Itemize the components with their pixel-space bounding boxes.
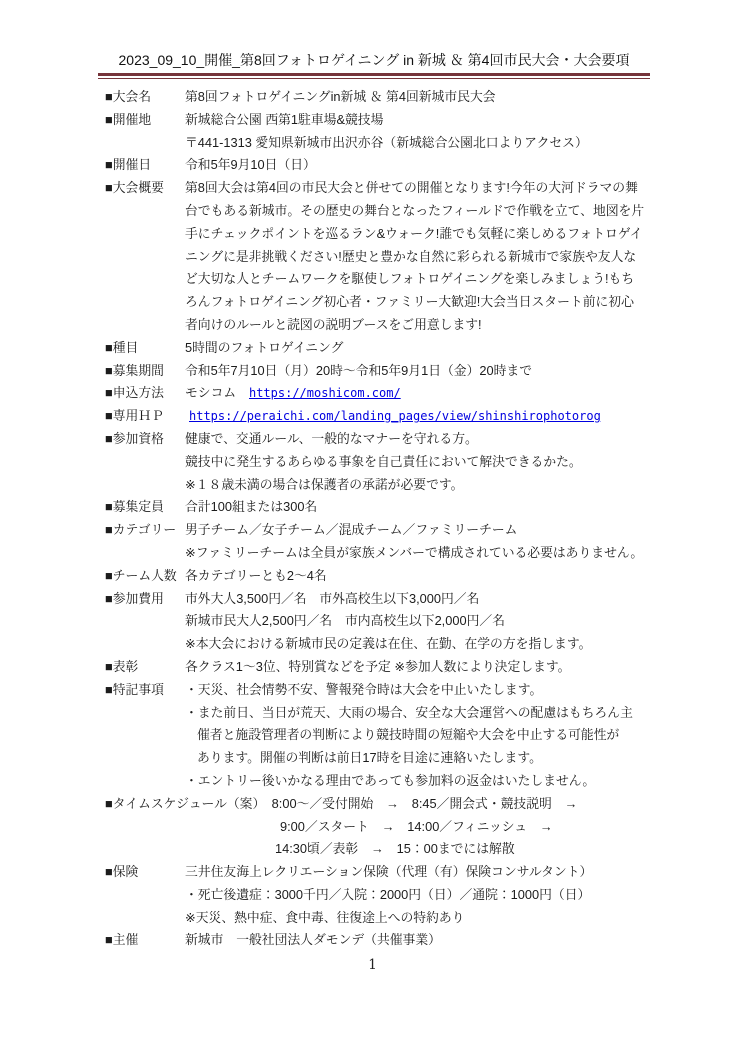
text-segment: ※ファミリーチームは全員が家族メンバーで構成されている必要はありません。 [185,545,643,560]
row-content: 合計100組または300名 [185,496,317,519]
row-label: ■主催 [105,929,185,952]
row-label [105,610,185,633]
text-segment: 〒441-1313 愛知県新城市出沢亦谷（新城総合公園北口よりアクセス） [185,135,588,150]
page-number: 1 [0,957,745,973]
text-segment: モシコム [185,385,249,400]
row-content: ■タイムスケジュール（案） 8:00～／受付開始 → 8:45／開会式・競技説明… [105,793,577,816]
doc-line: ■大会概要第8回大会は第4回の市民大会と併せての開催となります!今年の大河ドラマ… [105,177,690,200]
row-content: 市外大人3,500円／名 市外高校生以下3,000円／名 [185,588,479,611]
text-segment: 各カテゴリーとも2～4名 [185,568,327,583]
row-label: ■募集定員 [105,496,185,519]
doc-line: ・死亡後遺症：3000千円／入院：2000円（日）／通院：1000円（日） [105,884,690,907]
row-content: 9:00／スタート → 14:00／フィニッシュ → [105,816,553,839]
row-label [105,291,185,314]
text-segment: 令和5年9月10日（日） [185,157,316,172]
row-label: ■種目 [105,337,185,360]
row-label: ■募集期間 [105,360,185,383]
row-content: ニングに是非挑戦ください!歴史と豊かな自然に彩られる新城市で家族や友人な [185,246,636,269]
row-label: ■申込方法 [105,382,185,405]
row-content: 新城総合公園 西第1駐車場&競技場 [185,109,383,132]
text-segment: 各クラス1～3位、特別賞などを予定 ※参加人数により決定します。 [185,659,570,674]
doc-line: ■主催新城市 一般社団法人ダモンデ（共催事業） [105,929,690,952]
row-content: 健康で、交通ルール、一般的なマナーを守れる方。 [185,428,478,451]
doc-line: ■チーム人数各カテゴリーとも2～4名 [105,565,690,588]
row-content: 第8回フォトロゲイニングin新城 ＆ 第4回新城市民大会 [185,86,496,109]
doc-line: 催者と施設管理者の判断により競技時間の短縮や大会を中止する可能性が [105,724,690,747]
text-segment: あります。開催の判断は前日17時を目途に連絡いたします。 [197,750,542,765]
peraichi-link[interactable]: https://peraichi.com/landing_pages/view/… [189,409,601,423]
row-label [105,314,185,337]
row-content: 新城市民大人2,500円／名 市内高校生以下2,000円／名 [185,610,505,633]
row-content: 令和5年9月10日（日） [185,154,316,177]
row-label: ■表彰 [105,656,185,679]
row-content: 5時間のフォトロゲイニング [185,337,343,360]
doc-line: ■参加費用市外大人3,500円／名 市外高校生以下3,000円／名 [105,588,690,611]
doc-line: ■専用ＨＰhttps://peraichi.com/landing_pages/… [105,405,690,428]
text-segment: 男子チーム／女子チーム／混成チーム／ファミリーチーム [185,522,517,537]
row-content: ※ファミリーチームは全員が家族メンバーで構成されている必要はありません。 [185,542,643,565]
doc-line: ■開催地新城総合公園 西第1駐車場&競技場 [105,109,690,132]
row-label: ■カテゴリー [105,519,185,542]
row-content: ・天災、社会情勢不安、警報発令時は大会を中止いたします。 [185,679,542,702]
row-content: 手にチェックポイントを巡るラン&ウォーク!誰でも気軽に楽しめるフォトロゲイ [185,223,643,246]
doc-line: 14:30頃／表彰 → 15：00までには解散 [105,838,690,861]
text-segment: ろんフォトロゲイニング初心者・ファミリー大歓迎!大会当日スタート前に初心 [185,294,634,309]
document-page: 2023_09_10_開催_第8回フォトロゲイニング in 新城 ＆ 第4回市民… [0,0,745,1054]
row-label: ■専用ＨＰ [105,405,185,428]
text-segment: ・また前日、当日が荒天、大雨の場合、安全な大会運営への配慮はもちろん主 [185,705,633,720]
row-content: ※天災、熱中症、食中毒、往復途上への特約あり [185,907,464,930]
doc-line: ■特記事項・天災、社会情勢不安、警報発令時は大会を中止いたします。 [105,679,690,702]
doc-line: 〒441-1313 愛知県新城市出沢亦谷（新城総合公園北口よりアクセス） [105,132,690,155]
row-content: 催者と施設管理者の判断により競技時間の短縮や大会を中止する可能性が [185,724,619,747]
doc-line: ・エントリー後いかなる理由であっても参加料の返金はいたしません。 [105,770,690,793]
row-content: 台でもある新城市。その歴史の舞台となったフィールドで作戦を立て、地図を片 [185,200,644,223]
row-content: ど大切な人とチームワークを駆使しフォトロゲイニングを楽しみましょう!もち [185,268,634,291]
text-segment: 市外大人3,500円／名 市外高校生以下3,000円／名 [185,591,479,606]
doc-line: ■開催日令和5年9月10日（日） [105,154,690,177]
doc-line: ※１８歳未満の場合は保護者の承諾が必要です。 [105,474,690,497]
doc-line: ・また前日、当日が荒天、大雨の場合、安全な大会運営への配慮はもちろん主 [105,702,690,725]
text-segment: 三井住友海上レクリエーション保険（代理（有）保険コンサルタント） [185,864,592,879]
row-label [105,884,185,907]
doc-line: 台でもある新城市。その歴史の舞台となったフィールドで作戦を立て、地図を片 [105,200,690,223]
row-label: ■特記事項 [105,679,185,702]
text-segment: 5時間のフォトロゲイニング [185,340,343,355]
doc-line: 競技中に発生するあらゆる事象を自己責任において解決できるかた。 [105,451,690,474]
text-segment: 14:30頃／表彰 → 15：00までには解散 [275,841,515,856]
doc-line: ■タイムスケジュール（案） 8:00～／受付開始 → 8:45／開会式・競技説明… [105,793,690,816]
doc-line: ■大会名第8回フォトロゲイニングin新城 ＆ 第4回新城市民大会 [105,86,690,109]
text-segment: 者向けのルールと読図の説明ブースをご用意します! [185,317,482,332]
row-content: 〒441-1313 愛知県新城市出沢亦谷（新城総合公園北口よりアクセス） [185,132,588,155]
row-label: ■参加費用 [105,588,185,611]
doc-line: ■申込方法モシコム https://moshicom.com/ [105,382,690,405]
row-label: ■チーム人数 [105,565,185,588]
row-content: ・死亡後遺症：3000千円／入院：2000円（日）／通院：1000円（日） [185,884,590,907]
text-segment: 新城市民大人2,500円／名 市内高校生以下2,000円／名 [185,613,505,628]
text-segment: 催者と施設管理者の判断により競技時間の短縮や大会を中止する可能性が [197,727,619,742]
doc-line: ど大切な人とチームワークを駆使しフォトロゲイニングを楽しみましょう!もち [105,268,690,291]
text-segment: ニングに是非挑戦ください!歴史と豊かな自然に彩られる新城市で家族や友人な [185,249,636,264]
row-label: ■大会概要 [105,177,185,200]
row-label [105,451,185,474]
doc-line: ※本大会における新城市民の定義は在住、在勤、在学の方を指します。 [105,633,690,656]
title-block: 2023_09_10_開催_第8回フォトロゲイニング in 新城 ＆ 第4回市民… [98,50,650,79]
doc-line: ■カテゴリー男子チーム／女子チーム／混成チーム／ファミリーチーム [105,519,690,542]
text-segment: ※本大会における新城市民の定義は在住、在勤、在学の方を指します。 [185,636,591,651]
doc-line: ■表彰各クラス1～3位、特別賞などを予定 ※参加人数により決定します。 [105,656,690,679]
doc-line: ■募集定員合計100組または300名 [105,496,690,519]
text-segment: 第8回フォトロゲイニングin新城 ＆ 第4回新城市民大会 [185,89,496,104]
row-content: 新城市 一般社団法人ダモンデ（共催事業） [185,929,441,952]
text-segment: 第8回大会は第4回の市民大会と併せての開催となります!今年の大河ドラマの舞 [185,180,638,195]
doc-line: 手にチェックポイントを巡るラン&ウォーク!誰でも気軽に楽しめるフォトロゲイ [105,223,690,246]
row-content: あります。開催の判断は前日17時を目途に連絡いたします。 [185,747,542,770]
text-segment: 新城市 一般社団法人ダモンデ（共催事業） [185,932,441,947]
doc-line: ■保険三井住友海上レクリエーション保険（代理（有）保険コンサルタント） [105,861,690,884]
row-content: モシコム https://moshicom.com/ [185,382,401,405]
text-segment: 令和5年7月10日（月）20時～令和5年9月1日（金）20時まで [185,363,532,378]
row-label [105,246,185,269]
text-segment: 健康で、交通ルール、一般的なマナーを守れる方。 [185,431,478,446]
text-segment: 競技中に発生するあらゆる事象を自己責任において解決できるかた。 [185,454,582,469]
text-segment: ※天災、熱中症、食中毒、往復途上への特約あり [185,910,464,925]
row-label: ■参加資格 [105,428,185,451]
text-segment: 手にチェックポイントを巡るラン&ウォーク!誰でも気軽に楽しめるフォトロゲイ [185,226,643,241]
row-content: 各カテゴリーとも2～4名 [185,565,327,588]
text-segment: 9:00／スタート → 14:00／フィニッシュ → [280,819,553,834]
text-segment: 新城総合公園 西第1駐車場&競技場 [185,112,383,127]
text-segment: ど大切な人とチームワークを駆使しフォトロゲイニングを楽しみましょう!もち [185,271,634,286]
doc-line: ろんフォトロゲイニング初心者・ファミリー大歓迎!大会当日スタート前に初心 [105,291,690,314]
doc-line: 9:00／スタート → 14:00／フィニッシュ → [105,816,690,839]
row-label [105,702,185,725]
row-label [105,223,185,246]
row-content: ・また前日、当日が荒天、大雨の場合、安全な大会運営への配慮はもちろん主 [185,702,633,725]
row-label [105,770,185,793]
row-content: ・エントリー後いかなる理由であっても参加料の返金はいたしません。 [185,770,595,793]
doc-line: あります。開催の判断は前日17時を目途に連絡いたします。 [105,747,690,770]
text-segment: ・死亡後遺症：3000千円／入院：2000円（日）／通院：1000円（日） [185,887,590,902]
row-label: ■保険 [105,861,185,884]
doc-line: ※天災、熱中症、食中毒、往復途上への特約あり [105,907,690,930]
doc-line: ■種目5時間のフォトロゲイニング [105,337,690,360]
text-segment: ・エントリー後いかなる理由であっても参加料の返金はいたしません。 [185,773,595,788]
row-label: ■開催地 [105,109,185,132]
row-content: 14:30頃／表彰 → 15：00までには解散 [105,838,515,861]
moshicom-link[interactable]: https://moshicom.com/ [249,386,401,400]
row-content: 第8回大会は第4回の市民大会と併せての開催となります!今年の大河ドラマの舞 [185,177,638,200]
row-label [105,132,185,155]
row-content: 者向けのルールと読図の説明ブースをご用意します! [185,314,482,337]
doc-line: ■参加資格健康で、交通ルール、一般的なマナーを守れる方。 [105,428,690,451]
row-content: 各クラス1～3位、特別賞などを予定 ※参加人数により決定します。 [185,656,570,679]
row-content: ※１８歳未満の場合は保護者の承諾が必要です。 [185,474,463,497]
row-label: ■大会名 [105,86,185,109]
document-title: 2023_09_10_開催_第8回フォトロゲイニング in 新城 ＆ 第4回市民… [98,50,650,76]
doc-line: 新城市民大人2,500円／名 市内高校生以下2,000円／名 [105,610,690,633]
row-label [105,907,185,930]
title-rule-thin [98,78,650,79]
row-content: 男子チーム／女子チーム／混成チーム／ファミリーチーム [185,519,517,542]
doc-line: ※ファミリーチームは全員が家族メンバーで構成されている必要はありません。 [105,542,690,565]
document-body: ■大会名第8回フォトロゲイニングin新城 ＆ 第4回新城市民大会■開催地新城総合… [105,86,690,952]
row-label [105,268,185,291]
row-label [105,747,185,770]
text-segment: ・天災、社会情勢不安、警報発令時は大会を中止いたします。 [185,682,542,697]
row-label: ■開催日 [105,154,185,177]
row-label [105,724,185,747]
doc-line: 者向けのルールと読図の説明ブースをご用意します! [105,314,690,337]
row-content: 競技中に発生するあらゆる事象を自己責任において解決できるかた。 [185,451,582,474]
text-segment: 合計100組または300名 [185,499,317,514]
row-label [105,200,185,223]
text-segment: 台でもある新城市。その歴史の舞台となったフィールドで作戦を立て、地図を片 [185,203,644,218]
row-content: ろんフォトロゲイニング初心者・ファミリー大歓迎!大会当日スタート前に初心 [185,291,634,314]
row-label [105,633,185,656]
row-content: 三井住友海上レクリエーション保険（代理（有）保険コンサルタント） [185,861,592,884]
text-segment: ■タイムスケジュール（案） 8:00～／受付開始 → 8:45／開会式・競技説明… [105,796,577,811]
text-segment: ※１８歳未満の場合は保護者の承諾が必要です。 [185,477,463,492]
row-content: 令和5年7月10日（月）20時～令和5年9月1日（金）20時まで [185,360,532,383]
row-content: https://peraichi.com/landing_pages/view/… [185,405,601,428]
row-content: ※本大会における新城市民の定義は在住、在勤、在学の方を指します。 [185,633,591,656]
row-label [105,474,185,497]
doc-line: ■募集期間令和5年7月10日（月）20時～令和5年9月1日（金）20時まで [105,360,690,383]
row-label [105,542,185,565]
doc-line: ニングに是非挑戦ください!歴史と豊かな自然に彩られる新城市で家族や友人な [105,246,690,269]
